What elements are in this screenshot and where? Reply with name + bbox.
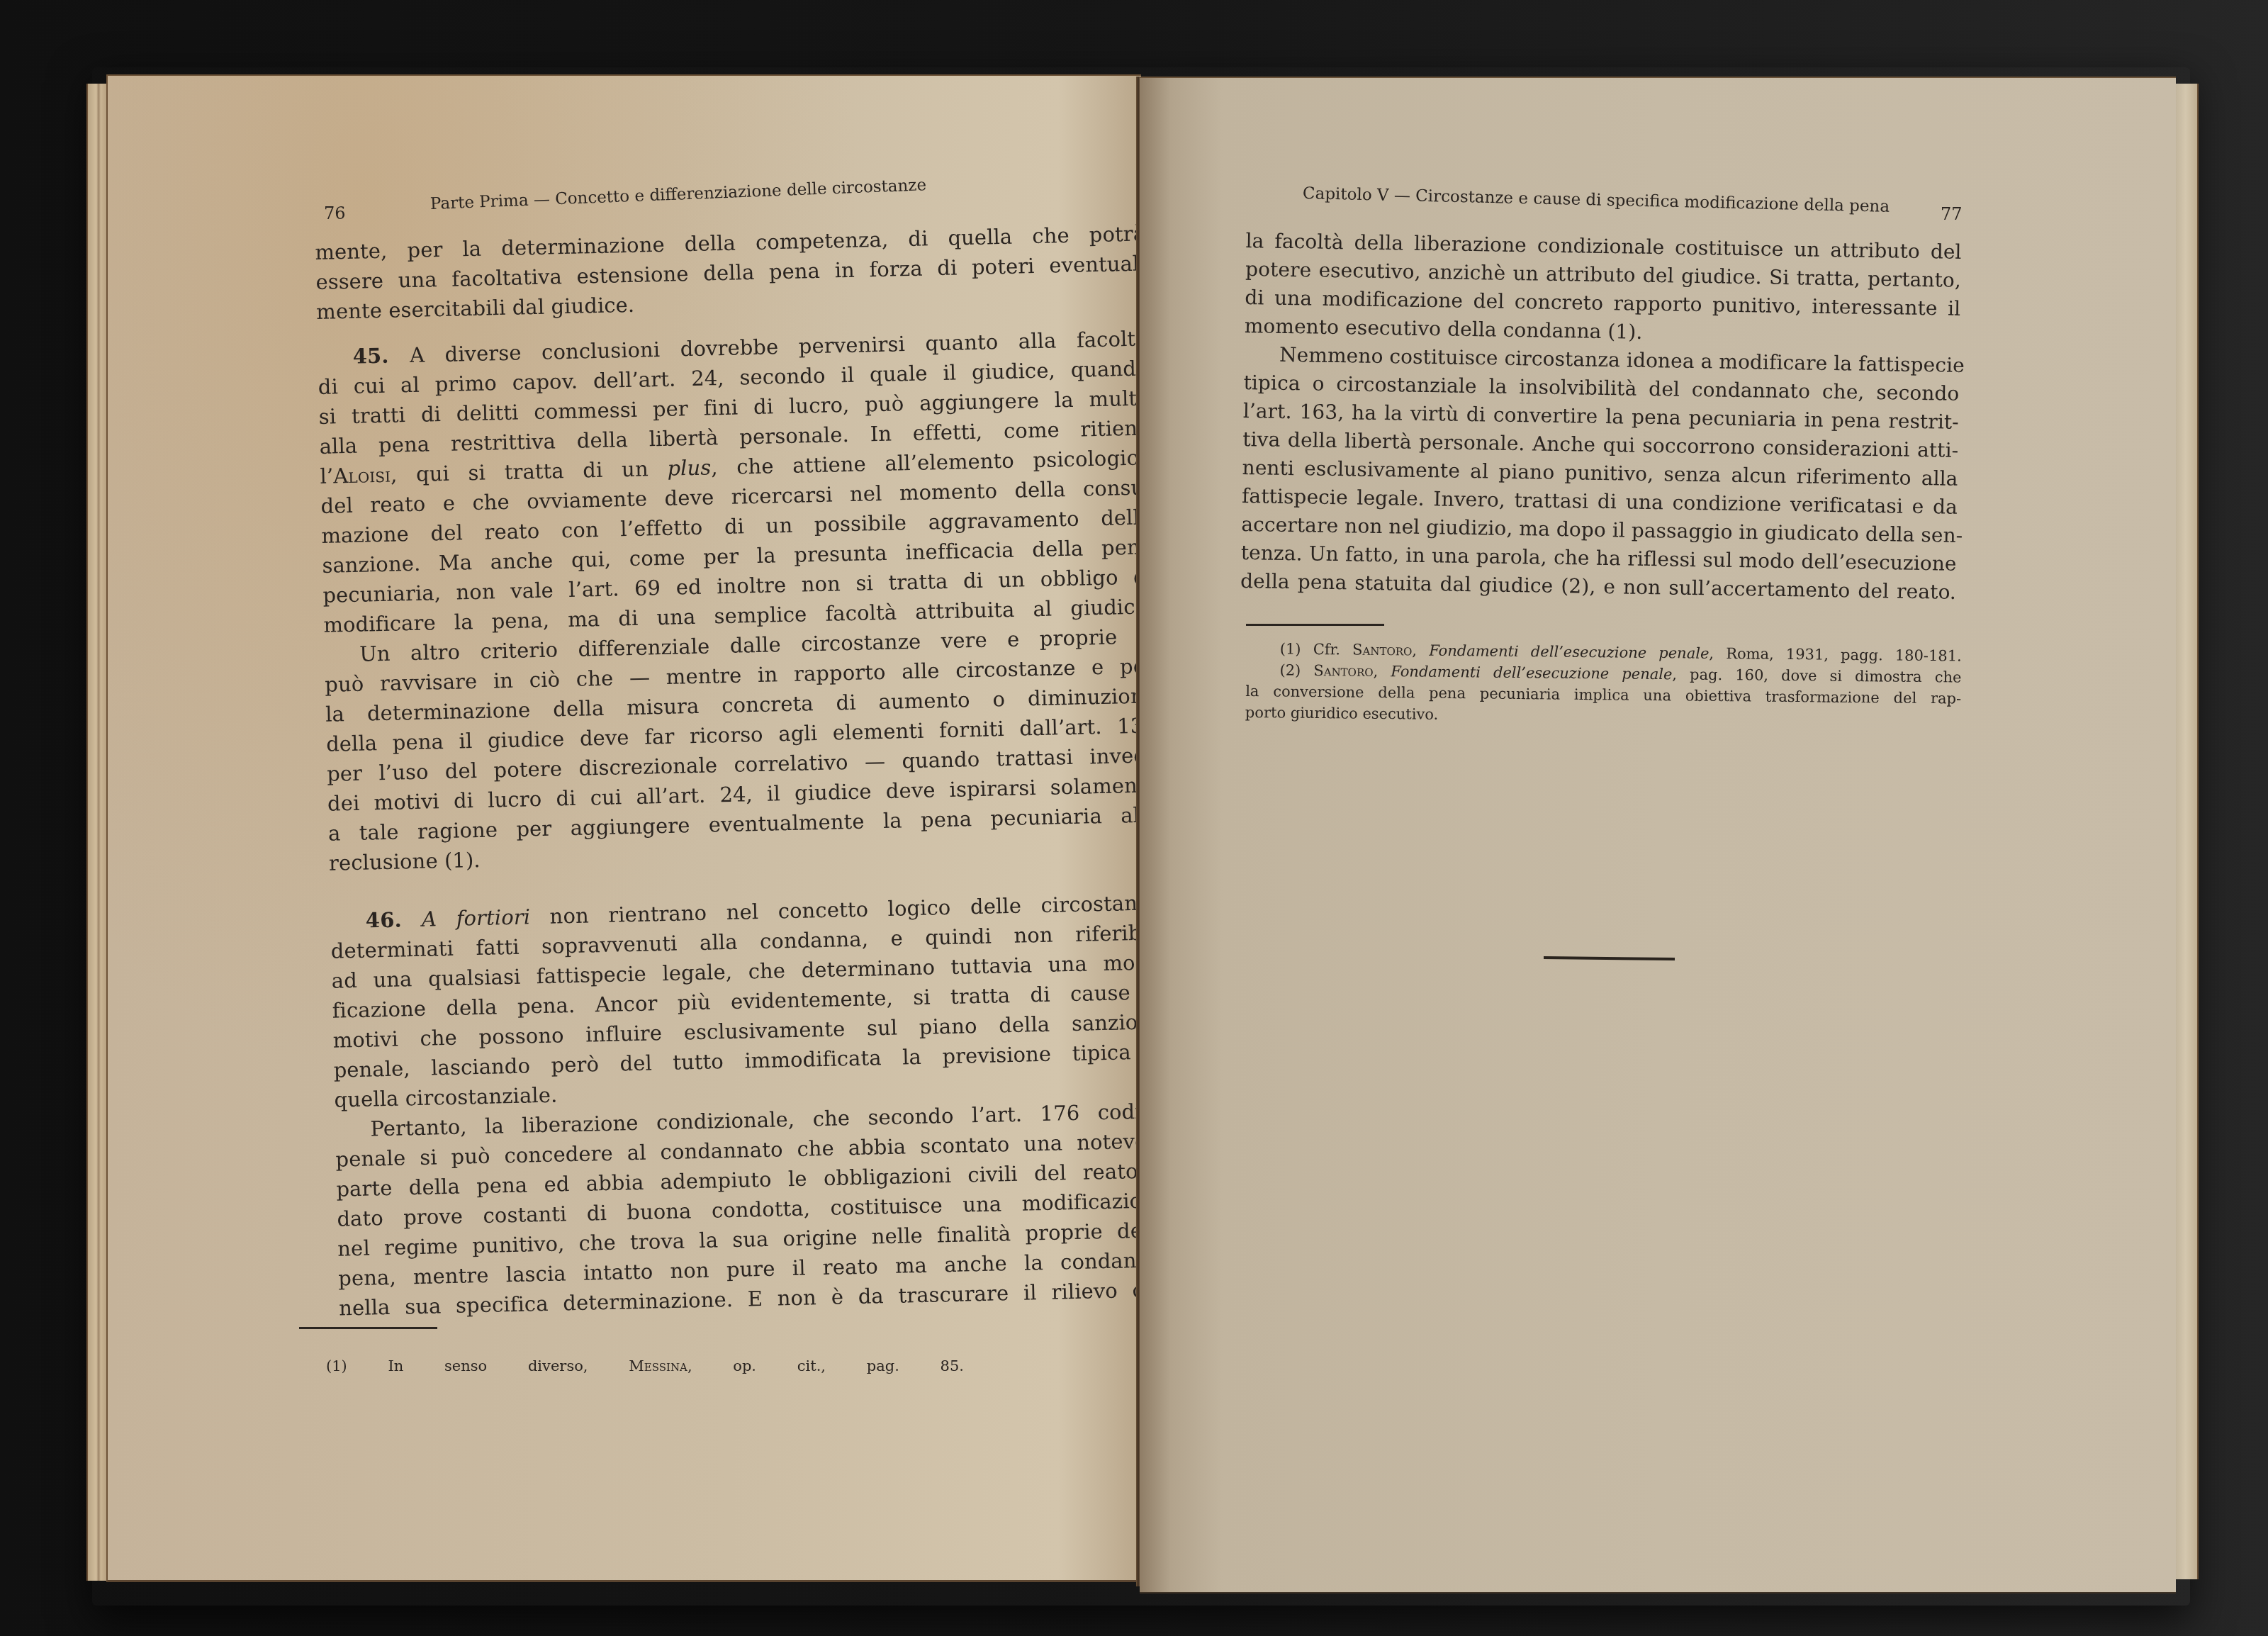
right-page: Capitolo V — Circostanze e cause di spec… bbox=[1140, 77, 2176, 1593]
text-run: (2) bbox=[1279, 662, 1313, 679]
text-run: mente esercitabili dal giudice. bbox=[316, 293, 635, 324]
right-footnote-rule bbox=[1246, 624, 1384, 626]
text-run: quella circostanziale. bbox=[334, 1083, 557, 1112]
end-of-chapter-rule bbox=[1544, 956, 1675, 960]
left-page: 76 Parte Prima — Concetto e differenziaz… bbox=[106, 74, 1141, 1582]
italic-term: plus bbox=[667, 455, 712, 480]
author-name: Santoro bbox=[1313, 662, 1373, 680]
right-running-head: Capitolo V — Circostanze e cause di spec… bbox=[1303, 184, 1890, 216]
text-run: (1) In senso diverso, bbox=[326, 1357, 629, 1374]
paragraph-number: 45. bbox=[352, 343, 410, 369]
left-running-head: Parte Prima — Concetto e differenziazion… bbox=[430, 176, 927, 213]
text-run: , bbox=[1373, 663, 1391, 680]
author-name: Aloisi bbox=[333, 463, 391, 488]
text-run: reclusione (1). bbox=[329, 848, 481, 875]
right-page-stack-edge bbox=[2174, 84, 2199, 1579]
right-body-text: la facoltà della liberazione condizional… bbox=[1240, 227, 1962, 607]
italic-term: Fondamenti dell’esecuzione penale bbox=[1429, 642, 1709, 662]
left-footnotes: (1) In senso diverso, Messina, op. cit.,… bbox=[326, 1355, 964, 1377]
text-run: porto giuridico esecutivo. bbox=[1245, 704, 1439, 723]
right-page-number: 77 bbox=[1941, 204, 1963, 224]
text-run: (1) Cfr. bbox=[1280, 641, 1353, 659]
author-name: Messina bbox=[629, 1357, 687, 1374]
italic-term: Fondamenti dell’esecuzione penale bbox=[1391, 663, 1672, 683]
text-run: momento esecutivo della condanna (1). bbox=[1245, 314, 1643, 344]
author-name: Santoro bbox=[1352, 641, 1412, 659]
left-footnote-line: (1) In senso diverso, Messina, op. cit.,… bbox=[326, 1355, 964, 1377]
text-run: , pag. 160, dove si dimostra che bbox=[1672, 666, 1961, 685]
left-page-number: 76 bbox=[324, 203, 346, 223]
italic-term: A fortiori bbox=[422, 904, 531, 931]
left-footnote-rule bbox=[299, 1327, 437, 1329]
text-run: , bbox=[1412, 641, 1429, 659]
paragraph-number: 46. bbox=[365, 907, 422, 933]
text-run: , qui si tratta di un bbox=[391, 456, 668, 487]
left-body-text: mente, per la determinazione della compe… bbox=[315, 218, 1169, 1323]
text-run: , op. cit., pag. 85. bbox=[687, 1357, 964, 1374]
text-run: , Roma, 1931, pagg. 180-181. bbox=[1709, 645, 1962, 665]
text-run: l’ bbox=[320, 464, 333, 488]
right-footnotes: (1) Cfr. Santoro, Fondamenti dell’esecuz… bbox=[1245, 638, 1962, 731]
